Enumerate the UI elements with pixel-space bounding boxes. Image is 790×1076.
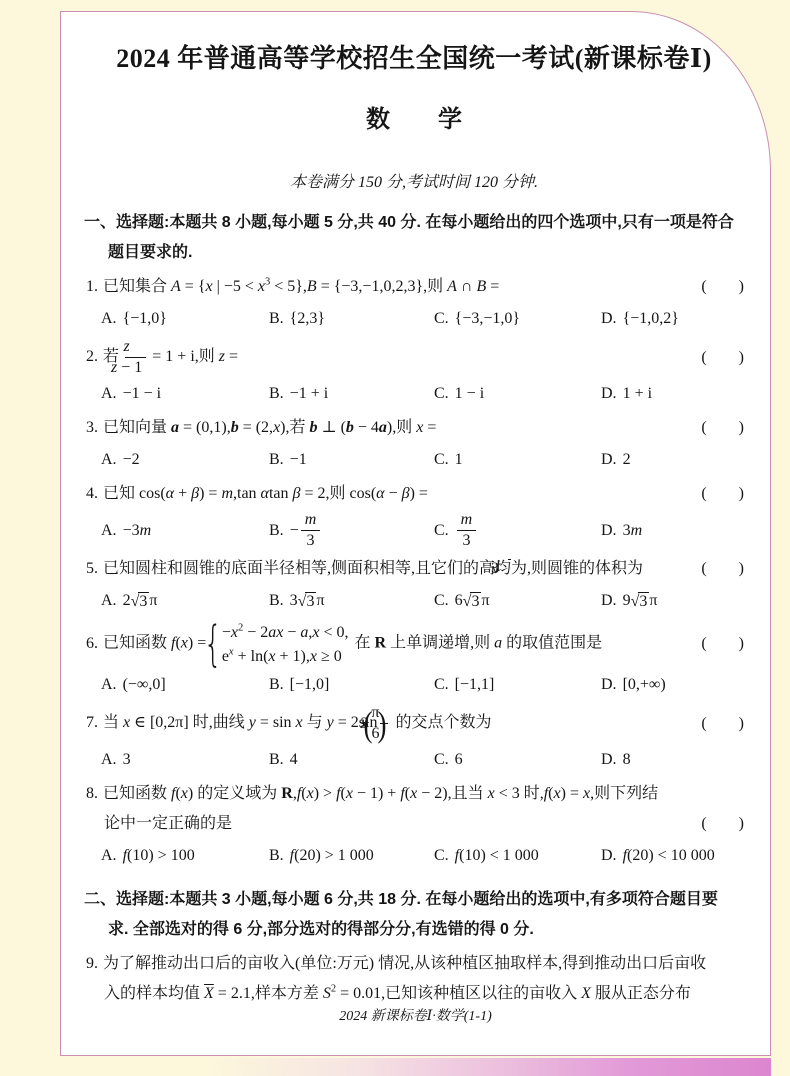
math-text: 3: [123, 745, 131, 775]
question-stem: 8.已知函数 f(x) 的定义域为 R,f(x) > f(x − 1) + f(…: [84, 779, 744, 809]
math-var: α: [166, 485, 174, 502]
math-text: [−1,0]: [290, 670, 330, 700]
math-var: m: [140, 516, 152, 546]
option-label: D.: [601, 670, 617, 700]
math-text: π: [481, 586, 489, 616]
section-header-1: 一、选择题:本题共 8 小题,每小题 5 分,共 40 分. 在每小题给出的四个…: [84, 208, 744, 268]
question-7: 7.当 x ∈ [0,2π] 时,曲线 y = sin x 与 y = 2sin…: [84, 704, 744, 775]
math-fraction: zz − 1: [125, 338, 146, 377]
math-var: x: [181, 785, 188, 802]
option-label: A.: [101, 586, 117, 616]
math-text: 3: [290, 586, 298, 616]
question-2: 2.若 zz − 1 = 1 + i,则 z =( )A.−1 − iB.−1 …: [84, 338, 744, 409]
fraction-denominator: 3: [457, 531, 477, 550]
question-number: 4.: [86, 485, 98, 502]
option-label: C.: [434, 670, 449, 700]
option-label: B.: [269, 670, 284, 700]
question-stem: 4.已知 cos(α + β) = m,tan αtan β = 2,则 cos…: [84, 479, 701, 509]
answer-bracket: ( ): [701, 629, 744, 659]
question-options: A.2√3πB.3√3πC.6√3πD.9√3π: [84, 586, 744, 616]
option-b: B.4: [269, 745, 434, 775]
option-label: B.: [269, 379, 284, 409]
math-var: x: [268, 648, 275, 665]
option-label: A.: [101, 516, 117, 546]
option-d: D.2: [601, 445, 744, 475]
math-text: [−1,1]: [455, 670, 495, 700]
question-1: 1.已知集合 A = {x | −5 < x3 < 5},B = {−3,−1,…: [84, 272, 744, 334]
question-stem: 1.已知集合 A = {x | −5 < x3 < 5},B = {−3,−1,…: [84, 272, 701, 302]
math-text: 已知向量: [103, 419, 171, 436]
option-label: C.: [434, 745, 449, 775]
math-text: 已知集合: [103, 278, 171, 295]
option-label: A.: [101, 445, 117, 475]
question-stem-row: 8.已知函数 f(x) 的定义域为 R,f(x) > f(x − 1) + f(…: [84, 779, 744, 809]
math-text: −: [283, 624, 300, 641]
option-c: C.6: [434, 745, 601, 775]
math-text: = 2,则 cos(: [300, 485, 376, 502]
math-var: x: [206, 278, 213, 295]
option-b: B.f(20) > 1 000: [269, 841, 434, 871]
math-text: 在: [351, 635, 375, 652]
math-text: =: [423, 419, 436, 436]
math-text: =: [225, 348, 238, 365]
math-var: x: [583, 785, 590, 802]
math-var: x: [554, 785, 561, 802]
answer-bracket: ( ): [701, 554, 744, 584]
math-text: {−3,−1,0}: [455, 304, 520, 334]
math-var: z: [124, 338, 130, 355]
math-text: ),则: [387, 419, 416, 436]
math-var: ax: [268, 624, 283, 641]
sqrt-radical: √3: [131, 592, 150, 610]
math-text: −1 − i: [123, 379, 162, 409]
math-text: ) >: [314, 785, 336, 802]
math-text: 已知圆柱和圆锥的底面半径相等,侧面积相等,且它们的高均为: [103, 560, 527, 577]
math-fraction: m3: [457, 511, 477, 550]
math-var: X: [581, 985, 591, 1002]
option-b: B.−1 + i: [269, 379, 434, 409]
fraction-denominator: z − 1: [125, 358, 146, 377]
fraction-denominator: 3: [301, 531, 321, 550]
math-text: [0,+∞): [623, 670, 666, 700]
option-b: B.− m3: [269, 511, 434, 550]
option-label: A.: [101, 304, 117, 334]
question-number: 1.: [86, 278, 98, 295]
math-var: m: [631, 516, 643, 546]
option-label: D.: [601, 379, 617, 409]
option-label: C.: [434, 516, 449, 546]
question-stem-row: 2.若 zz − 1 = 1 + i,则 z =( ): [84, 338, 744, 377]
math-text: 1: [455, 445, 463, 475]
option-b: B.{2,3}: [269, 304, 434, 334]
math-text: ,tan: [233, 485, 261, 502]
option-c: C.6√3π: [434, 586, 601, 616]
question-stem-row: 9.为了解推动出口后的亩收入(单位:万元) 情况,从该种植区抽取样本,得到推动出…: [84, 949, 744, 979]
math-text: = (2,: [239, 419, 273, 436]
option-c: C.[−1,1]: [434, 670, 601, 700]
math-text: ) 的定义域为: [188, 785, 281, 802]
math-text: 上单调递增,则: [386, 635, 494, 652]
math-fraction: m3: [301, 511, 321, 550]
math-text: 6: [455, 586, 463, 616]
math-text: (20) > 1 000: [294, 841, 374, 871]
math-bold: R: [375, 635, 387, 652]
math-var: a: [494, 635, 502, 652]
math-text: −: [290, 516, 299, 546]
math-text: = 2.1,样本方差: [214, 985, 323, 1002]
math-text: 已知 cos(: [103, 485, 166, 502]
math-text: ≥ 0: [317, 648, 342, 665]
option-label: B.: [269, 586, 284, 616]
math-text: 的取值范围是: [502, 635, 602, 652]
math-text: 为了解推动出口后的亩收入(单位:万元) 情况,从该种植区抽取样本,得到推动出口后…: [103, 955, 706, 972]
math-var: S: [323, 985, 331, 1002]
math-bold-var: a: [379, 419, 387, 436]
option-c: C.f(10) < 1 000: [434, 841, 601, 871]
math-var: B: [476, 278, 486, 295]
math-var: α: [376, 485, 384, 502]
math-var: β: [191, 485, 199, 502]
math-bold-var: a: [171, 419, 179, 436]
math-text: −1: [290, 445, 307, 475]
question-stem-row: 7.当 x ∈ [0,2π] 时,曲线 y = sin x 与 y = 2sin…: [84, 704, 744, 743]
radicand: 3: [508, 559, 511, 577]
math-text: (10) < 1 000: [459, 841, 539, 871]
option-label: C.: [434, 586, 449, 616]
math-text: ) =: [561, 785, 583, 802]
question-number: 8.: [86, 785, 98, 802]
answer-bracket: ( ): [701, 272, 744, 302]
question-stem-row: 3.已知向量 a = (0,1),b = (2,x),若 b ⊥ (b − 4a…: [84, 413, 744, 443]
option-label: D.: [601, 586, 617, 616]
question-number: 9.: [86, 955, 98, 972]
math-text: = {: [181, 278, 206, 295]
question-stem-row: 论中一定正确的是( ): [84, 809, 744, 839]
math-var: x: [181, 635, 188, 652]
math-text: < 3 时,: [495, 785, 544, 802]
answer-bracket: ( ): [701, 809, 744, 839]
math-text: 1 − i: [455, 379, 484, 409]
option-b: B.−1: [269, 445, 434, 475]
question-number: 5.: [86, 560, 98, 577]
option-c: C.{−3,−1,0}: [434, 304, 601, 334]
math-bold-var: b: [346, 419, 354, 436]
piecewise-cases: {−x2 − 2ax − a,x < 0,ex + ln(x + 1),x ≥ …: [212, 620, 348, 668]
question-stem: 论中一定正确的是: [84, 809, 701, 839]
question-options: A.−1 − iB.−1 + iC.1 − iD.1 + i: [84, 379, 744, 409]
math-text: ⊥ (: [318, 419, 346, 436]
question-9: 9.为了解推动出口后的亩收入(单位:万元) 情况,从该种植区抽取样本,得到推动出…: [84, 949, 744, 1009]
question-stem-row: 1.已知集合 A = {x | −5 < x3 < 5},B = {−3,−1,…: [84, 272, 744, 302]
math-text: 已知函数: [103, 785, 171, 802]
question-number: 3.: [86, 419, 98, 436]
bottom-gradient-bar: [60, 1058, 771, 1076]
math-bold-var: b: [231, 419, 239, 436]
option-a: A.3: [101, 745, 269, 775]
math-text: ,则圆锥的体积为: [527, 560, 643, 577]
math-var: m: [461, 511, 473, 528]
option-d: D.1 + i: [601, 379, 744, 409]
radicand: 3: [138, 592, 149, 610]
math-var: A: [447, 278, 457, 295]
section-header-line: 一、选择题:本题共 8 小题,每小题 5 分,共 40 分. 在每小题给出的四个…: [84, 208, 744, 238]
option-a: A.2√3π: [101, 586, 269, 616]
question-options: A.f(10) > 100B.f(20) > 1 000C.f(10) < 1 …: [84, 841, 744, 871]
math-text: tan: [269, 485, 293, 502]
option-d: D.f(20) < 10 000: [601, 841, 744, 871]
math-text: 2: [123, 586, 131, 616]
question-stem: 9.为了解推动出口后的亩收入(单位:万元) 情况,从该种植区抽取样本,得到推动出…: [84, 949, 744, 979]
question-stem-row: 4.已知 cos(α + β) = m,tan αtan β = 2,则 cos…: [84, 479, 744, 509]
option-label: A.: [101, 841, 117, 871]
math-text: π: [316, 586, 324, 616]
math-text: < 5},: [270, 278, 307, 295]
exam-title: 2024 年普通高等学校招生全国统一考试(新课标卷Ⅰ): [84, 12, 744, 77]
math-var: x: [258, 278, 265, 295]
section-header-line: 求. 全部选对的得 6 分,部分选对的得部分分,有选错的得 0 分.: [84, 915, 744, 945]
radicand: 3: [305, 592, 316, 610]
math-text: = sin: [256, 714, 296, 731]
math-text: π: [649, 586, 657, 616]
option-label: B.: [269, 304, 284, 334]
fraction-numerator: z: [125, 338, 146, 358]
math-text: + 1),: [276, 648, 310, 665]
option-label: D.: [601, 445, 617, 475]
exam-subject: 数 学: [84, 104, 744, 136]
math-text: e: [222, 648, 229, 665]
question-options: A.(−∞,0]B.[−1,0]C.[−1,1]D.[0,+∞): [84, 670, 744, 700]
option-d: D.9√3π: [601, 586, 744, 616]
math-text: − 1: [117, 359, 142, 376]
exam-page: 2024 年普通高等学校招生全国统一考试(新课标卷Ⅰ) 数 学 本卷满分 150…: [60, 11, 771, 1056]
math-text: − 1) +: [353, 785, 400, 802]
math-text: −1 + i: [290, 379, 329, 409]
option-label: B.: [269, 745, 284, 775]
sqrt-radical: √3: [298, 592, 317, 610]
math-text: ,则下列结: [590, 785, 658, 802]
question-options: A.−2B.−1C.1D.2: [84, 445, 744, 475]
math-var: A: [171, 278, 181, 295]
question-4: 4.已知 cos(α + β) = m,tan αtan β = 2,则 cos…: [84, 479, 744, 550]
answer-bracket: ( ): [701, 709, 744, 739]
option-label: D.: [601, 304, 617, 334]
math-text: {−1,0,2}: [623, 304, 679, 334]
answer-bracket: ( ): [701, 413, 744, 443]
math-var: m: [305, 511, 317, 528]
math-text: (20) < 10 000: [627, 841, 715, 871]
math-text: 当: [103, 714, 123, 731]
option-label: D.: [601, 516, 617, 546]
question-3: 3.已知向量 a = (0,1),b = (2,x),若 b ⊥ (b − 4a…: [84, 413, 744, 475]
question-number: 7.: [86, 714, 98, 731]
option-label: B.: [269, 841, 284, 871]
math-var: y: [249, 714, 256, 731]
math-text: 3: [306, 532, 314, 549]
math-text: − 2: [243, 624, 268, 641]
exam-body: 一、选择题:本题共 8 小题,每小题 5 分,共 40 分. 在每小题给出的四个…: [84, 208, 744, 1009]
math-text: {2,3}: [290, 304, 325, 334]
section-header-line: 题目要求的.: [84, 238, 744, 268]
question-options: A.−3mB.− m3C.m3D.3m: [84, 511, 744, 550]
option-label: D.: [601, 841, 617, 871]
math-text: 论中一定正确的是: [104, 815, 232, 832]
math-text: ) =: [199, 485, 221, 502]
math-text: ∈ [0,2π] 时,曲线: [130, 714, 249, 731]
math-text: −: [222, 624, 231, 641]
math-var: x: [231, 624, 238, 641]
question-stem: 6.已知函数 f(x) = {−x2 − 2ax − a,x < 0,ex + …: [84, 620, 701, 668]
question-5: 5.已知圆柱和圆锥的底面半径相等,侧面积相等,且它们的高均为√3,则圆锥的体积为…: [84, 554, 744, 616]
radicand: 3: [638, 592, 649, 610]
math-bold-var: b: [310, 419, 318, 436]
math-text: =: [486, 278, 499, 295]
cases-rows: −x2 − 2ax − a,x < 0,ex + ln(x + 1),x ≥ 0: [222, 623, 349, 666]
math-text: + ln(: [234, 648, 269, 665]
math-text: 4: [290, 745, 298, 775]
question-options: A.3B.4C.6D.8: [84, 745, 744, 775]
math-text: 3: [462, 532, 470, 549]
fraction-numerator: m: [457, 511, 477, 531]
exam-info: 本卷满分 150 分,考试时间 120 分钟.: [84, 172, 744, 194]
sqrt-radical: √3: [631, 592, 650, 610]
option-label: A.: [101, 745, 117, 775]
math-text: ),若: [280, 419, 309, 436]
math-text: = 1 + i,则: [148, 348, 219, 365]
math-text: 服从正态分布: [591, 985, 691, 1002]
screenshot-root: { "theme":{"background":"#fdf8dc","page"…: [0, 0, 790, 1076]
option-b: B.[−1,0]: [269, 670, 434, 700]
question-number: 6.: [86, 635, 98, 652]
section-header-2: 二、选择题:本题共 3 小题,每小题 6 分,共 18 分. 在每小题给出的选项…: [84, 885, 744, 945]
option-c: C.m3: [434, 511, 601, 550]
question-stem: 2.若 zz − 1 = 1 + i,则 z =: [84, 338, 701, 377]
question-options: A.{−1,0}B.{2,3}C.{−3,−1,0}D.{−1,0,2}: [84, 304, 744, 334]
answer-bracket: ( ): [701, 343, 744, 373]
option-label: A.: [101, 379, 117, 409]
math-var: y: [327, 714, 334, 731]
question-stem: 7.当 x ∈ [0,2π] 时,曲线 y = sin x 与 y = 2sin…: [84, 704, 701, 743]
cases-row: −x2 − 2ax − a,x < 0,: [222, 623, 349, 642]
math-text: − 4: [354, 419, 379, 436]
cases-row: ex + ln(x + 1),x ≥ 0: [222, 647, 349, 666]
math-text: = (0,1),: [179, 419, 231, 436]
math-text: < 0,: [319, 624, 348, 641]
radicand: 3: [470, 592, 481, 610]
question-stem: 5.已知圆柱和圆锥的底面半径相等,侧面积相等,且它们的高均为√3,则圆锥的体积为: [84, 554, 701, 584]
overline-var: X: [204, 985, 214, 1002]
option-label: B.: [269, 445, 284, 475]
math-text: − 2),且当: [417, 785, 487, 802]
option-a: A.{−1,0}: [101, 304, 269, 334]
math-text: 1 + i: [623, 379, 652, 409]
math-text: π: [149, 586, 157, 616]
option-c: C.1: [434, 445, 601, 475]
math-var: x: [310, 648, 317, 665]
math-text: | −5 <: [213, 278, 258, 295]
math-text: {−1,0}: [123, 304, 167, 334]
option-a: A.−1 − i: [101, 379, 269, 409]
option-d: D.8: [601, 745, 744, 775]
math-text: ∩: [457, 278, 477, 295]
math-text: 6: [455, 745, 463, 775]
math-var: B: [307, 278, 317, 295]
option-label: B.: [269, 516, 284, 546]
big-paren-group: (3x − π6): [377, 704, 391, 743]
math-text: −: [385, 485, 402, 502]
math-var: m: [221, 485, 233, 502]
question-stem: 3.已知向量 a = (0,1),b = (2,x),若 b ⊥ (b − 4a…: [84, 413, 701, 443]
answer-bracket: ( ): [701, 479, 744, 509]
option-d: D.{−1,0,2}: [601, 304, 744, 334]
option-a: A.−2: [101, 445, 269, 475]
math-var: x: [346, 785, 353, 802]
math-text: (−∞,0]: [123, 670, 166, 700]
option-c: C.1 − i: [434, 379, 601, 409]
math-var: α: [261, 485, 269, 502]
option-a: A.−3m: [101, 516, 269, 546]
math-text: 8: [623, 745, 631, 775]
section-header-line: 二、选择题:本题共 3 小题,每小题 6 分,共 18 分. 在每小题给出的选项…: [84, 885, 744, 915]
math-text: 已知函数: [103, 635, 171, 652]
math-text: −3: [123, 516, 140, 546]
cases-brace-icon: {: [215, 620, 223, 668]
option-a: A.(−∞,0]: [101, 670, 269, 700]
page-footer: 2024 新课标卷Ⅰ·数学(1-1): [61, 1005, 770, 1025]
math-text: 与: [303, 714, 327, 731]
math-var: x: [296, 714, 303, 731]
question-6: 6.已知函数 f(x) = {−x2 − 2ax − a,x < 0,ex + …: [84, 620, 744, 700]
fraction-numerator: m: [301, 511, 321, 531]
option-label: C.: [434, 379, 449, 409]
math-text: 的交点个数为: [391, 714, 491, 731]
option-a: A.f(10) > 100: [101, 841, 269, 871]
option-label: C.: [434, 304, 449, 334]
option-label: C.: [434, 841, 449, 871]
math-text: ) =: [410, 485, 428, 502]
math-bold: R: [281, 785, 293, 802]
question-8: 8.已知函数 f(x) 的定义域为 R,f(x) > f(x − 1) + f(…: [84, 779, 744, 871]
math-text: (10) > 100: [127, 841, 195, 871]
option-label: C.: [434, 445, 449, 475]
option-label: D.: [601, 745, 617, 775]
math-text: 3: [623, 516, 631, 546]
math-text: 2: [623, 445, 631, 475]
option-label: A.: [101, 670, 117, 700]
question-number: 2.: [86, 348, 98, 365]
math-var: x: [307, 785, 314, 802]
question-stem-row: 6.已知函数 f(x) = {−x2 − 2ax − a,x < 0,ex + …: [84, 620, 744, 668]
option-b: B.3√3π: [269, 586, 434, 616]
math-text: 入的样本均值: [104, 985, 204, 1002]
math-var: β: [402, 485, 410, 502]
option-d: D.[0,+∞): [601, 670, 744, 700]
math-text: +: [174, 485, 191, 502]
question-stem-row: 5.已知圆柱和圆锥的底面半径相等,侧面积相等,且它们的高均为√3,则圆锥的体积为…: [84, 554, 744, 584]
math-var: x: [488, 785, 495, 802]
sqrt-radical: √3: [463, 592, 482, 610]
math-text: = {−3,−1,0,2,3},则: [317, 278, 447, 295]
option-d: D.3m: [601, 516, 744, 546]
math-text: −2: [123, 445, 140, 475]
math-text: = 0.01,已知该种植区以往的亩收入: [336, 985, 581, 1002]
math-text: 9: [623, 586, 631, 616]
